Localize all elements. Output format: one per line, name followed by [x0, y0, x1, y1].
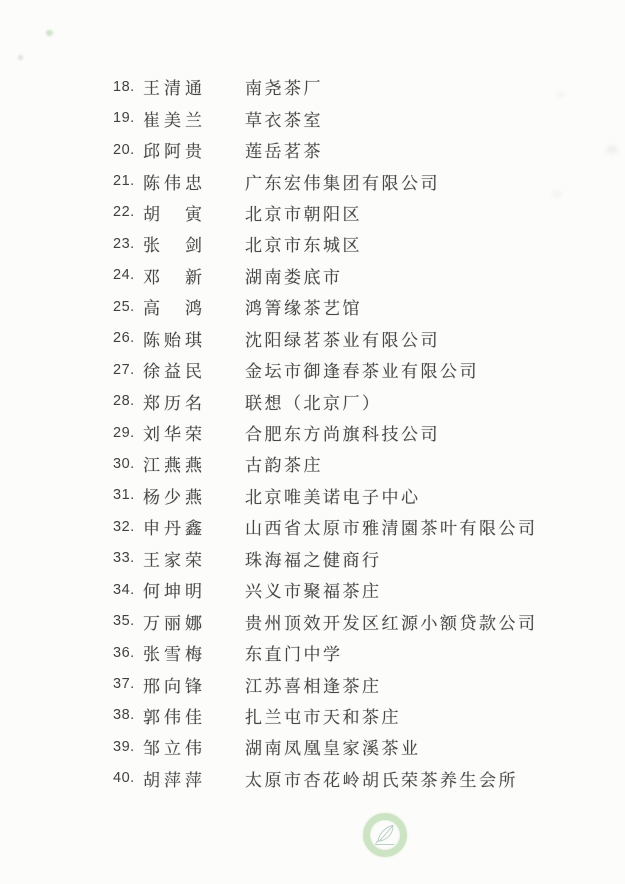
list-item: 32. 申丹鑫 山西省太原市雅清園茶叶有限公司: [113, 511, 583, 542]
entry-name: 杨少燕: [143, 483, 245, 508]
list-item: 21. 陈伟忠 广东宏伟集团有限公司: [113, 165, 583, 196]
list-item: 18. 王清通 南尧茶厂: [113, 71, 583, 102]
entry-number: 40.: [113, 770, 143, 786]
entry-name: 胡 寅: [143, 200, 245, 225]
entry-number: 36.: [113, 645, 143, 661]
entry-organization: 东直门中学: [245, 640, 343, 665]
list-item: 31. 杨少燕 北京唯美诺电子中心: [113, 480, 583, 511]
entry-organization: 南尧茶厂: [245, 74, 323, 99]
entry-name: 郭伟佳: [143, 703, 245, 728]
entry-organization: 合肥东方尚旗科技公司: [245, 420, 440, 445]
list-item: 28. 郑历名 联想（北京厂）: [113, 385, 583, 416]
entry-number: 38.: [113, 707, 143, 723]
entry-name: 江燕燕: [143, 451, 245, 476]
entry-name: 胡萍萍: [143, 766, 245, 791]
list-item: 26. 陈贻琪 沈阳绿茗茶业有限公司: [113, 323, 583, 354]
list-item: 34. 何坤明 兴义市聚福茶庄: [113, 574, 583, 605]
list-item: 24. 邓 新 湖南娄底市: [113, 260, 583, 291]
entry-number: 31.: [113, 487, 143, 503]
entry-number: 20.: [113, 142, 143, 158]
entry-organization: 北京市朝阳区: [245, 200, 362, 225]
entry-name: 申丹鑫: [143, 514, 245, 539]
list-item: 27. 徐益民 金坛市御逢春茶业有限公司: [113, 354, 583, 385]
entry-organization: 贵州顶效开发区红源小额贷款公司: [245, 609, 538, 634]
entry-number: 30.: [113, 456, 143, 472]
list-item: 20. 邱阿贵 莲岳茗茶: [113, 134, 583, 165]
entry-number: 21.: [113, 173, 143, 189]
roster-list: 18. 王清通 南尧茶厂 19. 崔美兰 草衣茶室 20. 邱阿贵 莲岳茗茶 2…: [113, 71, 583, 794]
entry-organization: 兴义市聚福茶庄: [245, 577, 382, 602]
list-item: 22. 胡 寅 北京市朝阳区: [113, 197, 583, 228]
entry-number: 19.: [113, 110, 143, 126]
scan-speck: [46, 30, 53, 36]
scan-speck: [18, 55, 23, 60]
entry-organization: 北京唯美诺电子中心: [245, 483, 421, 508]
list-item: 37. 邢向锋 江苏喜相逢茶庄: [113, 668, 583, 699]
list-item: 23. 张 剑 北京市东城区: [113, 228, 583, 259]
entry-organization: 沈阳绿茗茶业有限公司: [245, 326, 440, 351]
entry-name: 万丽娜: [143, 609, 245, 634]
entry-number: 29.: [113, 425, 143, 441]
entry-organization: 扎兰屯市天和茶庄: [245, 703, 401, 728]
list-item: 19. 崔美兰 草衣茶室: [113, 102, 583, 133]
list-item: 40. 胡萍萍 太原市杏花岭胡氏荣茶养生会所: [113, 763, 583, 794]
entry-organization: 联想（北京厂）: [245, 389, 382, 414]
entry-number: 33.: [113, 550, 143, 566]
entry-number: 39.: [113, 739, 143, 755]
seal-watermark: [363, 813, 407, 857]
list-item: 35. 万丽娜 贵州顶效开发区红源小额贷款公司: [113, 605, 583, 636]
entry-number: 23.: [113, 236, 143, 252]
entry-number: 18.: [113, 79, 143, 95]
scanned-page: 18. 王清通 南尧茶厂 19. 崔美兰 草衣茶室 20. 邱阿贵 莲岳茗茶 2…: [0, 0, 625, 884]
entry-number: 26.: [113, 330, 143, 346]
entry-number: 27.: [113, 362, 143, 378]
entry-organization: 湖南凤凰皇家溪茶业: [245, 734, 421, 759]
list-item: 38. 郭伟佳 扎兰屯市天和茶庄: [113, 700, 583, 731]
entry-organization: 太原市杏花岭胡氏荣茶养生会所: [245, 766, 518, 791]
list-item: 25. 高 鸿 鸿箐缘茶艺馆: [113, 291, 583, 322]
entry-organization: 古韵茶庄: [245, 451, 323, 476]
entry-name: 高 鸿: [143, 294, 245, 319]
entry-organization: 莲岳茗茶: [245, 137, 323, 162]
entry-number: 25.: [113, 299, 143, 315]
entry-name: 刘华荣: [143, 420, 245, 445]
list-item: 29. 刘华荣 合肥东方尚旗科技公司: [113, 417, 583, 448]
entry-organization: 北京市东城区: [245, 231, 362, 256]
list-item: 30. 江燕燕 古韵茶庄: [113, 448, 583, 479]
entry-number: 34.: [113, 582, 143, 598]
entry-name: 张 剑: [143, 231, 245, 256]
entry-organization: 珠海福之健商行: [245, 546, 382, 571]
entry-name: 郑历名: [143, 389, 245, 414]
entry-number: 28.: [113, 393, 143, 409]
entry-name: 邓 新: [143, 263, 245, 288]
entry-organization: 湖南娄底市: [245, 263, 343, 288]
entry-name: 邱阿贵: [143, 137, 245, 162]
list-item: 39. 邹立伟 湖南凤凰皇家溪茶业: [113, 731, 583, 762]
entry-number: 24.: [113, 267, 143, 283]
entry-name: 陈伟忠: [143, 169, 245, 194]
entry-number: 35.: [113, 613, 143, 629]
list-item: 33. 王家荣 珠海福之健商行: [113, 543, 583, 574]
entry-name: 邢向锋: [143, 672, 245, 697]
entry-name: 王清通: [143, 74, 245, 99]
entry-name: 徐益民: [143, 357, 245, 382]
entry-name: 王家荣: [143, 546, 245, 571]
entry-number: 22.: [113, 204, 143, 220]
entry-organization: 广东宏伟集团有限公司: [245, 169, 440, 194]
entry-name: 张雪梅: [143, 640, 245, 665]
entry-name: 陈贻琪: [143, 326, 245, 351]
entry-number: 32.: [113, 519, 143, 535]
scan-smudge: [606, 146, 618, 153]
entry-name: 崔美兰: [143, 106, 245, 131]
entry-name: 何坤明: [143, 577, 245, 602]
entry-number: 37.: [113, 676, 143, 692]
entry-organization: 江苏喜相逢茶庄: [245, 672, 382, 697]
entry-organization: 金坛市御逢春茶业有限公司: [245, 357, 479, 382]
entry-organization: 山西省太原市雅清園茶叶有限公司: [245, 514, 538, 539]
entry-organization: 鸿箐缘茶艺馆: [245, 294, 362, 319]
leaf-icon: [372, 822, 398, 848]
entry-organization: 草衣茶室: [245, 106, 323, 131]
list-item: 36. 张雪梅 东直门中学: [113, 637, 583, 668]
entry-name: 邹立伟: [143, 734, 245, 759]
